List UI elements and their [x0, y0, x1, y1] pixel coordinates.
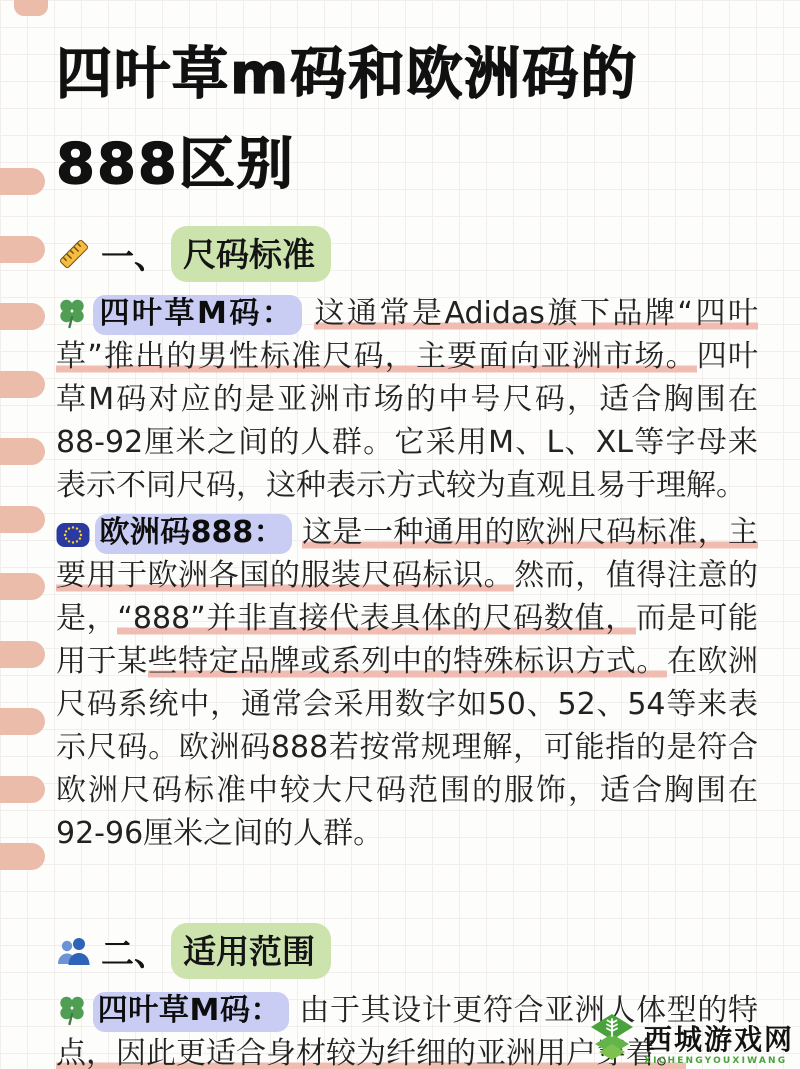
- clover-icon: [56, 994, 88, 1026]
- clover-icon: [56, 297, 88, 329]
- ruler-icon: [56, 236, 92, 272]
- article: 四叶草m码和欧洲码的888区别 一、 尺码标准: [0, 0, 800, 1069]
- term-label-clover-m: 四叶草M码：: [93, 992, 289, 1032]
- site-name: 西城游戏网: [644, 1025, 794, 1055]
- section-1-heading: 一、 尺码标准: [56, 226, 758, 282]
- site-logo-icon: [587, 1012, 637, 1066]
- site-watermark: 西城游戏网 XICHENGYOUXIWANG: [587, 1012, 794, 1066]
- page-title: 四叶草m码和欧洲码的888区别: [56, 30, 758, 210]
- eu-flag-icon: [56, 522, 90, 548]
- paragraph-eu-888: 欧洲码888： 这是一种通用的欧洲尺码标准，主要用于欧洲各国的服装尺码标识。然而…: [56, 511, 758, 855]
- site-name-latin: XICHENGYOUXIWANG: [644, 1056, 787, 1066]
- paragraph-text: 这是一种通用的欧洲尺码标准，主要用于欧洲各国的服装尺码标识。然而，值得注意的是，…: [56, 515, 758, 851]
- text-segment: 些特定品牌或系列中的特殊标识方式。: [148, 644, 667, 679]
- term-label-eu-888: 欧洲码888：: [95, 514, 292, 554]
- text-segment: “888”并非直接代表具体的尺码数值，: [117, 601, 636, 636]
- term-label-clover-m: 四叶草M码：: [93, 295, 302, 335]
- section-1-title: 尺码标准: [171, 226, 331, 282]
- section-2-number: 二、: [101, 928, 167, 975]
- paragraph-clover-m: 四叶草M码： 这通常是Adidas旗下品牌“四叶草”推出的男性标准尺码，主要面向…: [56, 292, 758, 507]
- section-2-heading: 二、 适用范围: [56, 923, 758, 979]
- people-icon: [56, 935, 92, 967]
- section-1-number: 一、: [101, 231, 167, 278]
- section-2-title: 适用范围: [171, 923, 331, 979]
